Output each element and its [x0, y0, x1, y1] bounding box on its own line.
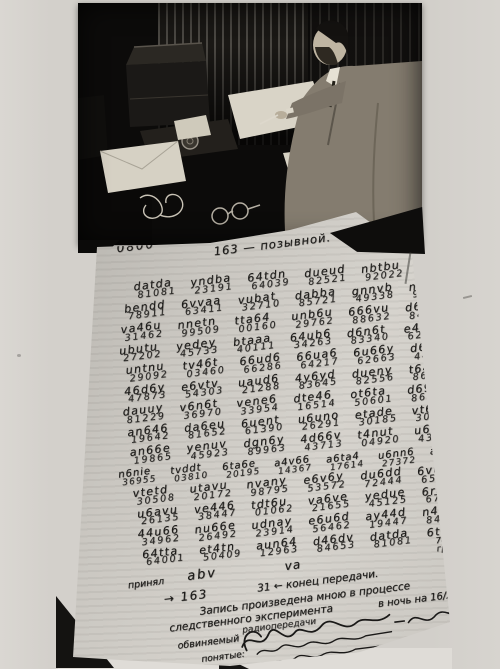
cipher-group: d6dan44813 — [410, 338, 469, 362]
cipher-digits: 15721 — [433, 450, 483, 464]
cipher-group: 44u6634962 — [137, 524, 196, 548]
witnesses-label: понятые: — [201, 650, 246, 665]
photo-radio-operator — [78, 3, 422, 245]
photo-vignette — [78, 3, 422, 245]
cipher-group: 6t70-ая группа — [426, 522, 486, 554]
accused-label: обвиняемый — [177, 633, 240, 651]
cipher-group: d694686916 — [407, 380, 466, 404]
cipher-group: 6vu4t65240 — [417, 461, 476, 485]
cipher-group: va46u31462 — [120, 319, 179, 343]
cipher-group: u6avu26135 — [137, 503, 196, 527]
cipher-group: n46tn84659 — [422, 502, 481, 526]
series-number: → 163 — [163, 587, 209, 606]
received-suffix: va — [284, 557, 302, 573]
cipher-group: ae6un15721 — [429, 442, 483, 465]
cipher-group: u6uny43629 — [414, 420, 473, 444]
margin-mark — [17, 354, 21, 357]
cipher-group: t649586648 — [408, 359, 467, 383]
cipher-group: d6vt684306 — [405, 298, 464, 322]
cipher-group: vt6t630605 — [411, 400, 470, 424]
cipher-group: et4tn50409 — [199, 540, 258, 564]
cipher-group: vtetd30508 — [132, 483, 191, 507]
cipher-group: 64tta64001 — [142, 544, 201, 568]
cipher-group: 6ruay67213 — [421, 481, 480, 505]
cipher-group: nbbud96110 — [408, 277, 467, 301]
cipher-letters: ae6un — [429, 442, 482, 457]
cipher-digits: 44813 — [414, 347, 469, 362]
cipher-letters: 6t — [426, 522, 484, 537]
margin-mark — [463, 295, 472, 299]
cipher-group: an66e19865 — [129, 442, 188, 466]
cipher-letters: nbbud — [408, 277, 466, 292]
received-label: принял — [127, 576, 164, 591]
group-count-annotation: 70-ая группа — [435, 532, 481, 553]
cipher-digits: 96110 — [412, 285, 467, 300]
cipher-table: datda81081yndba2319164tdn64039dueud82521… — [99, 241, 500, 573]
cipher-group: e466662466 — [403, 318, 462, 342]
cipher-group: an64619642 — [127, 422, 186, 446]
cipher-group: dauuy81229 — [122, 402, 181, 426]
cipher-sheet: 0800 abv 16/XII-44 163 — позывной. datda… — [60, 200, 458, 669]
cipher-group: untnu29092 — [125, 360, 184, 384]
cipher-group: 46d6y47873 — [124, 381, 183, 405]
cipher-group: ubutu27202 — [119, 340, 178, 364]
received-callsign: abv — [186, 566, 218, 585]
cipher-group: d46dv84653 — [312, 531, 371, 555]
cipher-group: aun6412963 — [256, 535, 315, 559]
cipher-group: datda81081 — [369, 527, 428, 551]
cipher-group: bendd78911 — [124, 298, 183, 322]
